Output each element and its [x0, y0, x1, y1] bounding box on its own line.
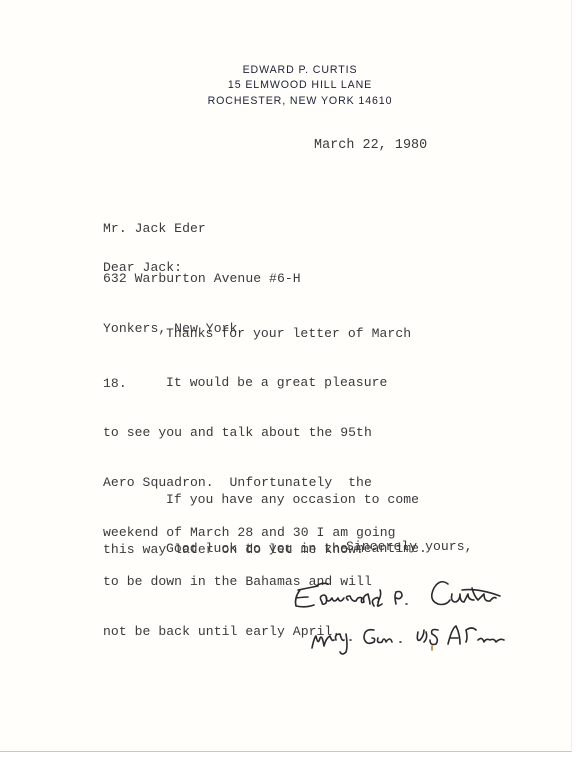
salutation: Dear Jack: — [103, 260, 182, 277]
paragraph-line: It would be a great pleasure — [103, 375, 396, 392]
letterhead: EDWARD P. CURTIS 15 ELMWOOD HILL LANE RO… — [150, 63, 450, 109]
paragraph-line-text: It would be a great pleasure — [166, 375, 387, 390]
paragraph-line-text: If you have any occasion to come — [166, 492, 419, 507]
paragraph-line-text: Thanks for your letter of March — [166, 326, 411, 341]
paragraph-line: Thanks for your letter of March — [103, 326, 411, 343]
letterhead-street: 15 ELMWOOD HILL LANE — [150, 78, 450, 93]
paragraph-line: to see you and talk about the 95th — [103, 425, 396, 442]
paragraph-line: If you have any occasion to come — [103, 492, 419, 509]
letterhead-name: EDWARD P. CURTIS — [150, 63, 450, 78]
handwritten-signature: Edward P. Curtis Maj. Gen. USAF ret — [278, 568, 548, 668]
recipient-name: Mr. Jack Eder — [103, 221, 301, 238]
letterhead-city: ROCHESTER, NEW YORK 14610 — [150, 94, 450, 109]
closing: Sincerely yours, — [346, 539, 473, 556]
signature-strokes-icon — [278, 568, 548, 668]
letter-date: March 22, 1980 — [314, 138, 427, 155]
letter-paper: EDWARD P. CURTIS 15 ELMWOOD HILL LANE RO… — [0, 0, 572, 752]
